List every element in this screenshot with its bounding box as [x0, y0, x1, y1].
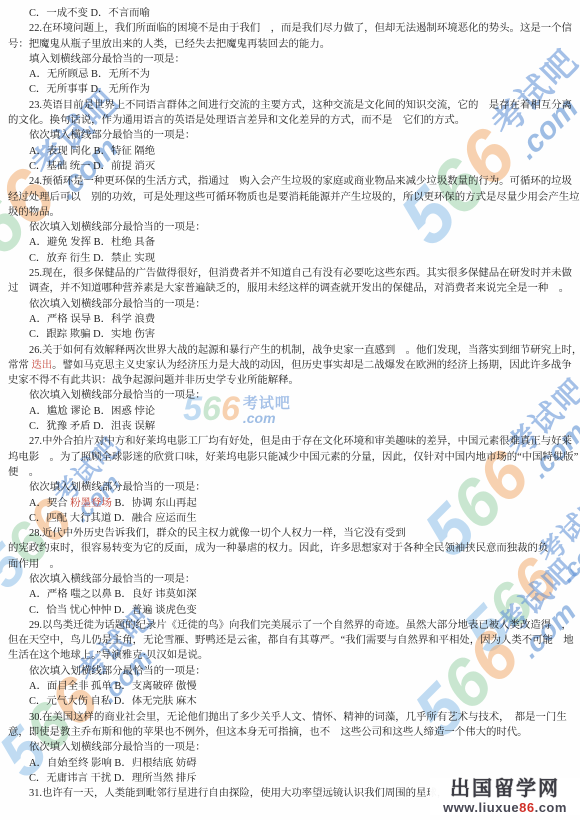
- text-line-2: 22.在环境问题上，我们所面临的困境不是由于我们 ，而是我们尽力做了，但却无法遏…: [8, 21, 576, 36]
- text-line-47: 30.在美国这样的商业社会里，无论他们抛出了多少关乎人文、情怀、精神的词藻，几乎…: [8, 710, 576, 725]
- text-segment: 26.关于如何有效解释两次世界大战的起源和暴行产生的机制，战争史家一直感到 。他…: [29, 345, 580, 356]
- liuxue86-logo: 出国留学网 www.liuxue86.com: [430, 778, 580, 815]
- highlighted-text: 粉墨登场: [70, 498, 112, 509]
- text-segment: 号：把魔鬼从瓶子里放出来的人类，已经失去把魔鬼再装回去的能力。: [8, 39, 330, 50]
- text-segment: A．避免 发挥 B．杜绝 具备: [29, 237, 155, 248]
- text-line-3: 号：把魔鬼从瓶子里放出来的人类，已经失去把魔鬼再装回去的能力。: [8, 37, 576, 52]
- text-segment: C．一成不变 D．不言而喻: [29, 8, 150, 19]
- text-line-30: 坞电影 。为了照顾全球影迷的欣赏口味，好莱坞电影只能减少中国元素的分量，因此，仅…: [8, 450, 576, 465]
- text-segment: A．无所顾忌 B．无所不为: [29, 69, 150, 80]
- text-segment: 依次填入划横线部分最恰当的一项是：: [29, 482, 206, 493]
- text-segment: C．元气大伤 自私 D．体无完肤 麻木: [29, 696, 197, 707]
- text-segment: C．基础 统一 D．前提 消灭: [29, 161, 155, 172]
- text-segment: 依次填入划横线部分最恰当的一项是：: [29, 390, 206, 401]
- text-segment: 生活在这个地球上。”导演雅克·贝汉如是说。: [8, 650, 208, 661]
- text-line-40: C．恰当 忧心忡忡 D．普遍 谈虎色变: [8, 603, 576, 618]
- text-line-4: 填入划横线部分最恰当的一项是：: [8, 52, 576, 67]
- text-line-35: 28.近代中外历史告诉我们，群众的民主权力就像一切个人权力一样，当它没有受到: [8, 526, 576, 541]
- text-segment: 的文化。换句话说，作为通用语言的英语是处理语言差异和文化差异的方式，而不是 它们…: [8, 115, 465, 126]
- text-segment: B．协调 东山再起: [112, 498, 197, 509]
- text-line-6: C．无所事事 D．无所作为: [8, 82, 576, 97]
- text-line-27: A．尴尬 谬论 B．困惑 悖论: [8, 404, 576, 419]
- text-line-20: 依次填入划横线部分最恰当的一项是：: [8, 297, 576, 312]
- text-segment: 依次填入划横线部分最恰当的一项是：: [29, 742, 206, 753]
- text-segment: 经过处理后可以 别的功效，可是处理这些可循环物质也是要消耗能源并产生垃圾的，所以…: [8, 192, 579, 203]
- text-line-5: A．无所顾忌 B．无所不为: [8, 67, 576, 82]
- text-segment: 依次填入划横线部分最恰当的一项是：: [29, 299, 206, 310]
- text-line-7: 23.英语目前是世界上不同语言群体之间进行交流的主要方式，这种交流是文化间的知识…: [8, 98, 576, 113]
- text-segment: 22.在环境问题上，我们所面临的困境不是由于我们 ，而是我们尽力做了，但却无法遏…: [29, 23, 572, 34]
- text-segment: 面作用 。: [8, 559, 60, 570]
- text-line-41: 29.以鸟类迁徙为话题的纪录片《迁徙的鸟》向我们完美展示了一个自然界的奇迹。虽然…: [8, 618, 576, 633]
- liuxue86-logo-name: 出国留学网: [430, 779, 580, 800]
- text-line-32: 依次填入划横线部分最恰当的一项是：: [8, 480, 576, 495]
- text-segment: A．严格 误导 B．科学 浪费: [29, 314, 155, 325]
- text-line-12: 24.预循环是一种更环保的生活方式，指通过 购入会产生垃圾的家庭或商业物品来减少…: [8, 174, 576, 189]
- text-line-45: A．面目全非 孤单 B．支离破碎 傲慢: [8, 679, 576, 694]
- text-line-43: 生活在这个地球上。”导演雅克·贝汉如是说。: [8, 648, 576, 663]
- text-segment: 29.以鸟类迁徙为话题的纪录片《迁徙的鸟》向我们完美展示了一个自然界的奇迹。虽然…: [29, 620, 572, 631]
- logo-url-prefix: www.liuxue: [443, 800, 519, 815]
- text-segment: 圾的物品。: [8, 207, 60, 218]
- text-line-44: 依次填入划横线部分最恰当的一项是：: [8, 664, 576, 679]
- text-segment: 。譬如马克思主义史家认为经济压力是大战的动因，但历史事实却是二战爆发在欧洲的经济…: [52, 360, 572, 371]
- text-line-46: C．元气大伤 自私 D．体无完肤 麻木: [8, 694, 576, 709]
- text-segment: 史家不得不有此共识：战争起源问题并非历史学专业所能解释。: [8, 375, 299, 386]
- text-segment: 过 调查，并不知道哪种营养素是大家普遍缺乏的，服用未经这样的调查就开发出的保健品…: [8, 283, 569, 294]
- text-line-8: 的文化。换句话说，作为通用语言的英语是处理语言差异和文化差异的方式，而不是 它们…: [8, 113, 576, 128]
- logo-url-red: 86: [519, 800, 534, 815]
- text-line-21: A．严格 误导 B．科学 浪费: [8, 312, 576, 327]
- text-segment: 坞电影 。为了照顾全球影迷的欣赏口味，好莱坞电影只能减少中国元素的分量，因此，仅…: [8, 452, 578, 463]
- text-segment: A．契合: [29, 498, 70, 509]
- text-segment: A．严格 嗤之以鼻 B．良好 讳莫如深: [29, 589, 197, 600]
- text-line-50: A．自始至终 影响 B．归根结底 妨碍: [8, 756, 576, 771]
- text-segment: 依次填入横线部分最恰当的一项是：: [29, 574, 195, 585]
- text-line-39: A．严格 嗤之以鼻 B．良好 讳莫如深: [8, 587, 576, 602]
- text-segment: 意，即使是教主乔布斯和他的苹果也不例外，但这本身无可指摘，也不 这些公司和这些人…: [8, 727, 528, 738]
- text-segment: C．恰当 忧心忡忡 D．普遍 谈虎色变: [29, 605, 197, 616]
- text-segment: A．自始至终 影响 B．归根结底 妨碍: [29, 758, 197, 769]
- text-line-33: A．契合 粉墨登场 B．协调 东山再起: [8, 496, 576, 511]
- text-segment: 的宪政约束时，很容易转变为它的反面，成为一种暴虐的权力。因此，许多思想家对于各种…: [8, 543, 548, 554]
- text-line-18: 25.现在，很多保健品的广告做得很好，但消费者并不知道自己有没有必要吃这些东西。…: [8, 266, 576, 281]
- text-segment: 便 。: [8, 467, 39, 478]
- text-segment: A．表现 同化 B．特征 隔绝: [29, 146, 155, 157]
- text-segment: A．尴尬 谬论 B．困惑 悖论: [29, 406, 155, 417]
- liuxue86-logo-url: www.liuxue86.com: [430, 800, 580, 815]
- watermark-digit-5: 5: [0, 219, 8, 296]
- text-line-34: C．匹配 大行其道 D．融合 应运而生: [8, 511, 576, 526]
- text-segment: C．无庸讳言 干扰 D．理所当然 排斥: [29, 773, 197, 784]
- logo-url-suffix: .com: [535, 800, 567, 815]
- text-segment: 25.现在，很多保健品的广告做得很好，但消费者并不知道自己有没有必要吃这些东西。…: [29, 268, 572, 279]
- text-line-26: 依次填入划横线部分最恰当的一项是：: [8, 388, 576, 403]
- text-line-1: C．一成不变 D．不言而喻: [8, 6, 576, 21]
- text-segment: C．放弃 衍生 D．禁止 实现: [29, 253, 155, 264]
- text-line-9: 依次填入横线部分最恰当的一项是：: [8, 128, 576, 143]
- text-segment: C．跟踪 欺骗 D．实地 伤害: [29, 329, 155, 340]
- text-segment: 24.预循环是一种更环保的生活方式，指通过 购入会产生垃圾的家庭或商业物品来减少…: [29, 176, 572, 187]
- text-segment: 27.中外合拍片对中方和好莱坞电影工厂均有好处，但是由于存在文化环境和审美趣味的…: [29, 436, 572, 447]
- text-segment: 30.在美国这样的商业社会里，无论他们抛出了多少关乎人文、情怀、精神的词藻，几乎…: [29, 712, 567, 723]
- text-line-11: C．基础 统一 D．前提 消灭: [8, 159, 576, 174]
- text-line-49: 依次填入划横线部分最恰当的一项是：: [8, 740, 576, 755]
- text-segment: C．无所事事 D．无所作为: [29, 84, 150, 95]
- text-segment: C．匹配 大行其道 D．融合 应运而生: [29, 513, 197, 524]
- text-line-17: C．放弃 衍生 D．禁止 实现: [8, 251, 576, 266]
- text-line-19: 过 调查，并不知道哪种营养素是大家普遍缺乏的，服用未经这样的调查就开发出的保健品…: [8, 281, 576, 296]
- text-line-10: A．表现 同化 B．特征 隔绝: [8, 144, 576, 159]
- text-line-13: 经过处理后可以 别的功效，可是处理这些可循环物质也是要消耗能源并产生垃圾的，所以…: [8, 190, 576, 205]
- text-line-48: 意，即使是教主乔布斯和他的苹果也不例外，但这本身无可指摘，也不 这些公司和这些人…: [8, 725, 576, 740]
- text-segment: 依次填入划横线部分最恰当的一项是：: [29, 666, 206, 677]
- text-line-31: 便 。: [8, 465, 576, 480]
- text-line-25: 史家不得不有此共识：战争起源问题并非历史学专业所能解释。: [8, 373, 576, 388]
- text-segment: 依次填入划横线部分最恰当的一项是：: [29, 222, 206, 233]
- text-line-16: A．避免 发挥 B．杜绝 具备: [8, 235, 576, 250]
- text-line-28: C．犹豫 矛盾 D．沮丧 误解: [8, 419, 576, 434]
- text-line-15: 依次填入划横线部分最恰当的一项是：: [8, 220, 576, 235]
- text-line-23: 26.关于如何有效解释两次世界大战的起源和暴行产生的机制，战争史家一直感到 。他…: [8, 343, 576, 358]
- text-line-14: 圾的物品。: [8, 205, 576, 220]
- text-line-24: 常常 迭出。譬如马克思主义史家认为经济压力是大战的动因，但历史事实却是二战爆发在…: [8, 358, 576, 373]
- exam-page: 566考试吧.com566考试吧.com566考试吧.com566考试吧.com…: [0, 0, 580, 820]
- text-segment: 依次填入横线部分最恰当的一项是：: [29, 130, 195, 141]
- text-line-42: 但在天空中，鸟儿仍是主角，无论雪雁、野鸭还是云雀，都自有其尊严。“我们需要与自然…: [8, 633, 576, 648]
- highlighted-text: 迭出: [31, 360, 52, 371]
- text-line-37: 面作用 。: [8, 557, 576, 572]
- text-segment: 常常: [8, 360, 31, 371]
- text-line-22: C．跟踪 欺骗 D．实地 伤害: [8, 327, 576, 342]
- text-segment: 31.也许有一天，人类能到毗邻行星进行自由探险，使用大功率望远镜认识我们周围的星…: [29, 788, 447, 799]
- text-segment: 填入划横线部分最恰当的一项是：: [29, 54, 185, 65]
- text-segment: 28.近代中外历史告诉我们，群众的民主权力就像一切个人权力一样，当它没有受到: [29, 528, 406, 539]
- text-line-29: 27.中外合拍片对中方和好莱坞电影工厂均有好处，但是由于存在文化环境和审美趣味的…: [8, 434, 576, 449]
- text-line-38: 依次填入横线部分最恰当的一项是：: [8, 572, 576, 587]
- text-segment: C．犹豫 矛盾 D．沮丧 误解: [29, 421, 155, 432]
- text-segment: A．面目全非 孤单 B．支离破碎 傲慢: [29, 681, 197, 692]
- text-segment: 23.英语目前是世界上不同语言群体之间进行交流的主要方式，这种交流是文化间的知识…: [29, 100, 572, 111]
- question-text-layer: C．一成不变 D．不言而喻22.在环境问题上，我们所面临的困境不是由于我们 ，而…: [8, 6, 576, 801]
- text-line-36: 的宪政约束时，很容易转变为它的反面，成为一种暴虐的权力。因此，许多思想家对于各种…: [8, 541, 576, 556]
- text-segment: 但在天空中，鸟儿仍是主角，无论雪雁、野鸭还是云雀，都自有其尊严。“我们需要与自然…: [8, 635, 574, 646]
